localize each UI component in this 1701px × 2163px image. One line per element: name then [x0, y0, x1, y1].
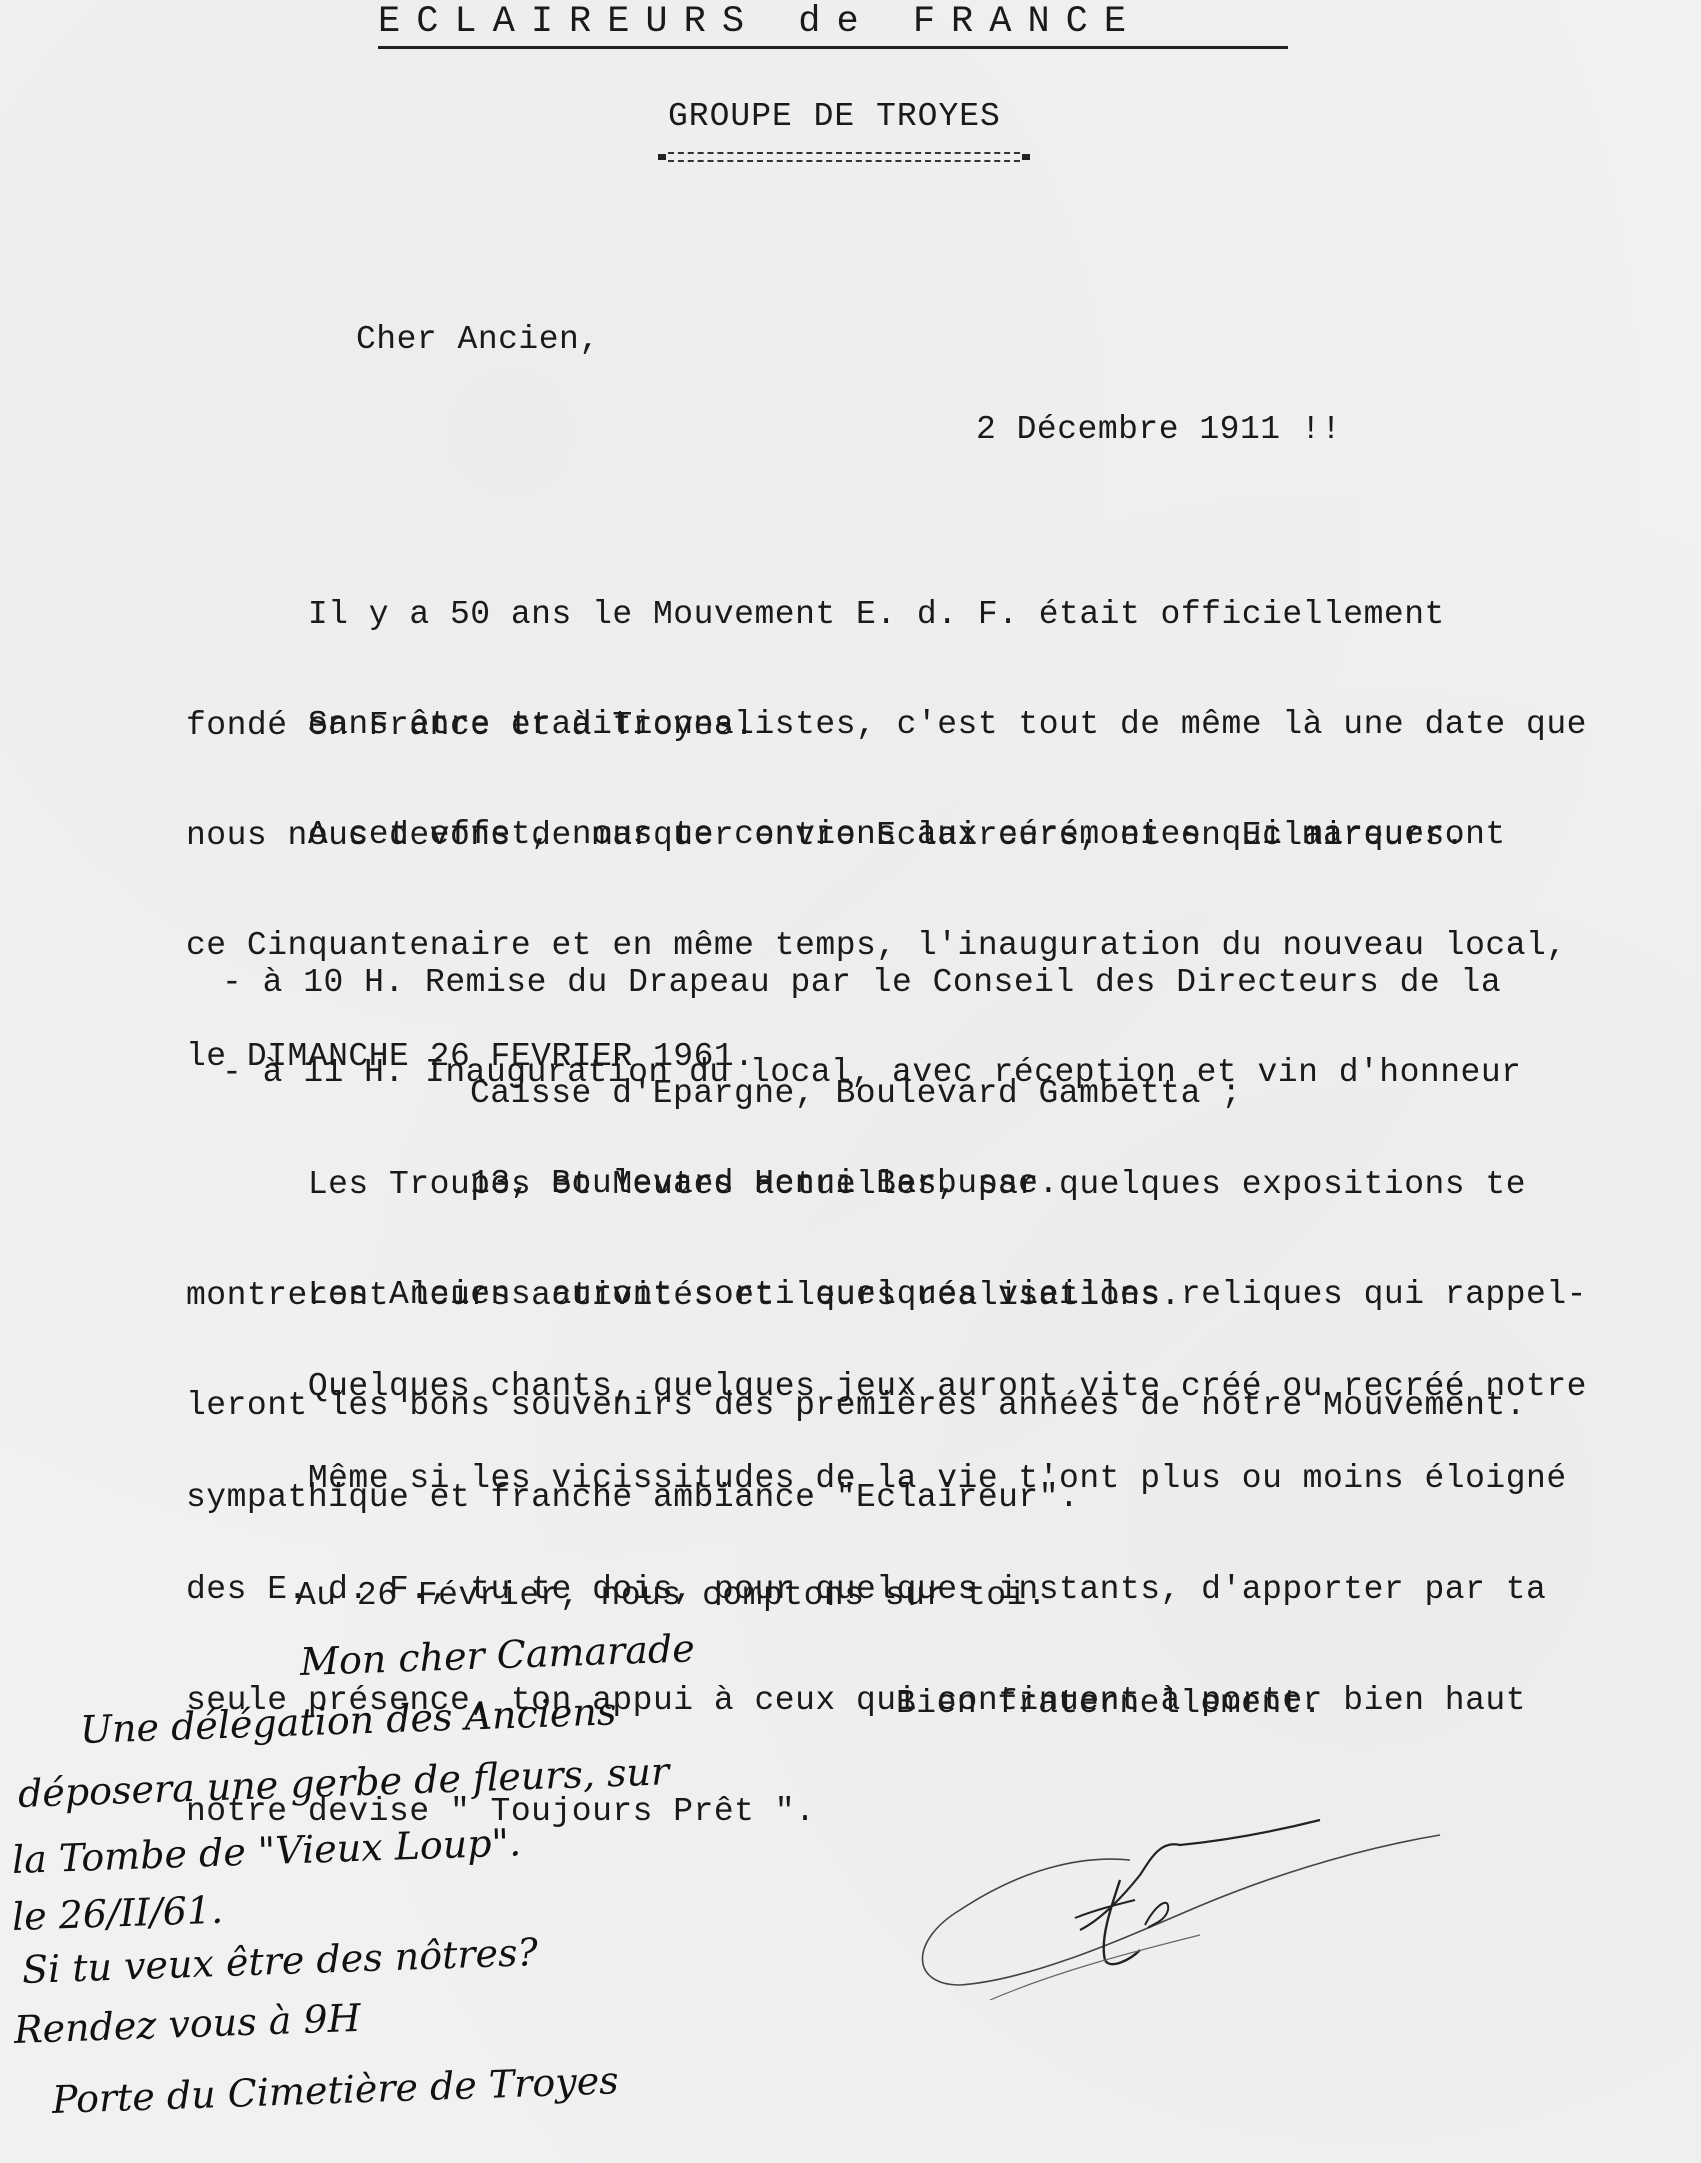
text-line: Sans être traditionnalistes, c'est tout …: [186, 706, 1686, 743]
handwritten-line: Rendez vous à 9H: [13, 1996, 361, 2052]
group-title: GROUPE DE TROYES: [668, 98, 1001, 135]
handwritten-line: Si tu veux être des nôtres?: [21, 1930, 538, 1992]
organization-title: ECLAIREURS de FRANCE: [378, 0, 1288, 49]
text-line: Même si les vicissitudes de la vie t'ont…: [186, 1460, 1686, 1497]
salutation: Cher Ancien,: [356, 322, 600, 358]
schedule-text: Inauguration du local, avec réception et…: [425, 1054, 1521, 1091]
text-line: Les Troupes et Meutes actuelles, par que…: [186, 1166, 1686, 1203]
date-line: 2 Décembre 1911 !!: [976, 412, 1341, 448]
handwritten-line: le 26/II/61.: [11, 1888, 224, 1939]
letter-page: ECLAIREURS de FRANCE GROUPE DE TROYES Ch…: [0, 0, 1701, 2163]
closing-line: Au 26 Février, nous comptons sur toi.: [296, 1578, 1047, 1614]
text-line: Il y a 50 ans le Mouvement E. d. F. étai…: [186, 596, 1686, 633]
text-line: A cet effet, nous te convions aux cérémo…: [186, 816, 1686, 853]
schedule-time: - à 11 H.: [222, 1054, 405, 1091]
handwritten-line: Porte du Cimetière de Troyes: [51, 2058, 619, 2122]
header-divider: [668, 152, 1020, 162]
sign-off: Bien fraternellement.: [896, 1686, 1322, 1722]
signature-icon: [900, 1800, 1460, 2000]
